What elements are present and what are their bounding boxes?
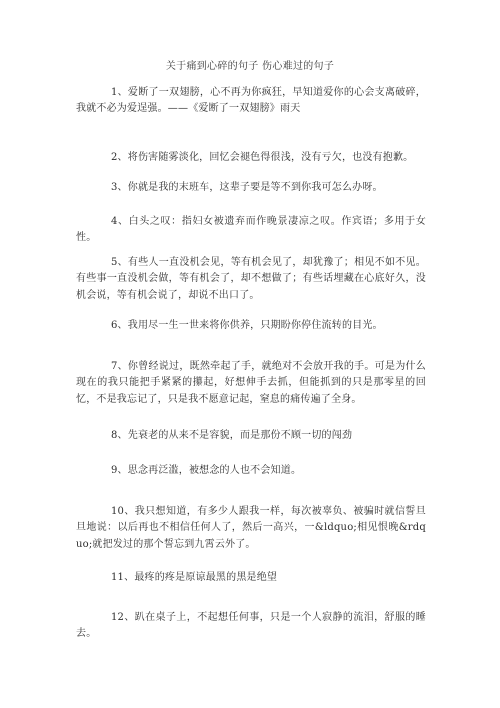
paragraph-12: 12、趴在桌子上，不起想任何事，只是一个人寂静的流泪，舒服的睡去。 (76, 610, 426, 643)
paragraph-5: 5、有些人一直没机会见，等有机会见了，却犹豫了；相见不如不见。有些事一直没机会做… (76, 255, 426, 304)
paragraph-8: 8、先衰老的从来不是容貌，而是那份不顾一切的闯劲 (76, 428, 426, 444)
paragraph-6: 6、我用尽一生一世来将你供养，只期盼你停住流转的目光。 (76, 318, 426, 334)
document-title: 关于痛到心碎的句子 伤心难过的句子 (0, 60, 500, 74)
paragraph-7: 7、你曾经说过，既然牵起了手，就绝对不会放开我的手。可是为什么现在的我只能把手紧… (76, 359, 426, 408)
paragraph-3: 3、你就是我的末班车，这辈子要是等不到你我可怎么办呀。 (76, 180, 426, 196)
paragraph-9: 9、思念再泛滥，被想念的人也不会知道。 (76, 463, 426, 479)
paragraph-2: 2、将伤害随雾淡化，回忆会褪色得很浅，没有亏欠，也没有抱歉。 (76, 150, 426, 166)
paragraph-10: 10、我只想知道，有多少人跟我一样，每次被辜负、被骗时就信誓旦旦地说：以后再也不… (76, 504, 426, 553)
paragraph-4: 4、白头之叹：指妇女被遗弃而作晚景凄凉之叹。作宾语；多用于女性。 (76, 214, 426, 247)
paragraph-11: 11、最疼的疼是原谅最黑的黑是绝望 (76, 570, 426, 586)
paragraph-1: 1、爱断了一双翅膀，心不再为你疯狂，早知道爱你的心会支离破碎，我就不必为爱逞强。… (76, 85, 426, 118)
document-page: 关于痛到心碎的句子 伤心难过的句子 1、爱断了一双翅膀，心不再为你疯狂，早知道爱… (0, 0, 500, 708)
